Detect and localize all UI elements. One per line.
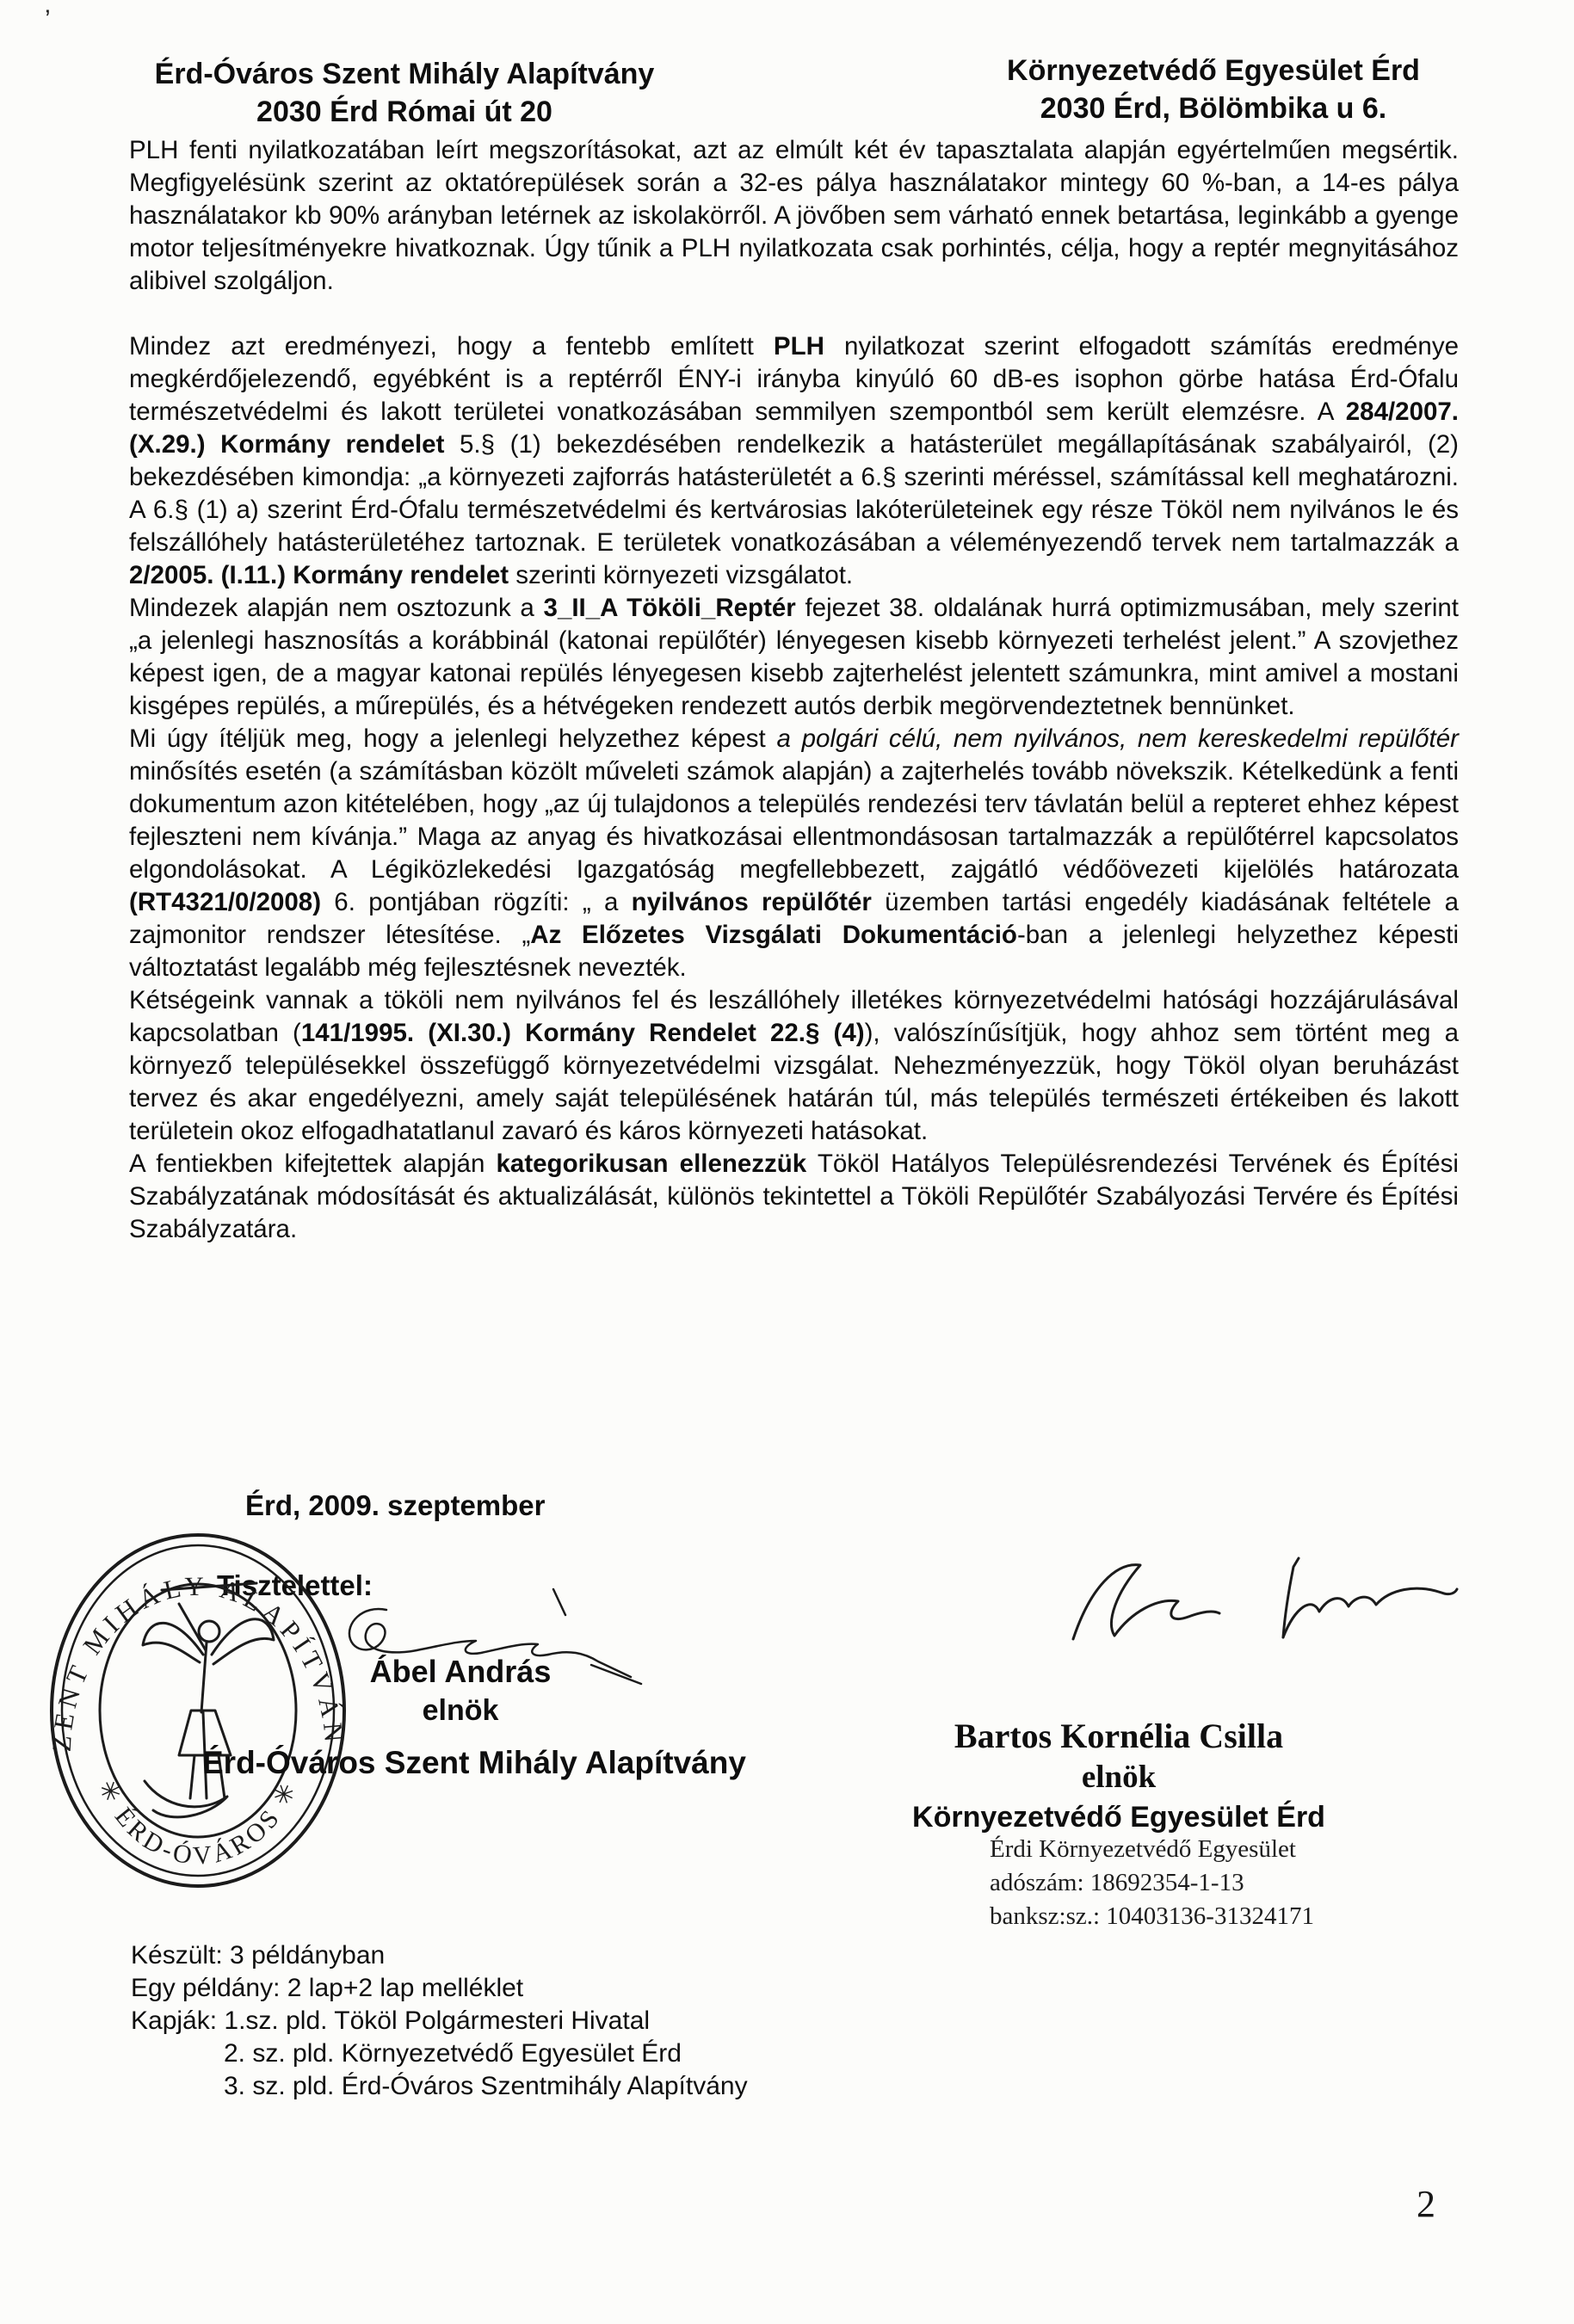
sender-right-address: 2030 Érd, Bölömbika u 6. xyxy=(955,89,1472,127)
svg-text:✳ ÉRD-ÓVÁROS ✳: ✳ ÉRD-ÓVÁROS ✳ xyxy=(92,1776,304,1871)
signatory-left-title: elnök xyxy=(202,1692,719,1729)
association-ink-stamp: Érdi Környezetvédő Egyesület adószám: 18… xyxy=(990,1833,1314,1933)
stamp-org-name: Érdi Környezetvédő Egyesület xyxy=(990,1833,1314,1866)
paragraph-6: A fentiekben kifejtettek alapján kategor… xyxy=(129,1148,1459,1246)
paragraph-5: Kétségeink vannak a tököli nem nyilvános… xyxy=(129,984,1459,1148)
paragraph-1: PLH fenti nyilatkozatában leírt megszorí… xyxy=(129,134,1459,298)
distribution-recipient-3: 3. sz. pld. Érd-Óváros Szentmihály Alapí… xyxy=(224,2070,748,2103)
scanned-letter-page: ’ Érd-Óváros Szent Mihály Alapítvány 203… xyxy=(0,0,1574,2324)
signatory-block-right: Bartos Kornélia Csilla elnök Környezetvé… xyxy=(873,1715,1364,1837)
paragraph-3: Mindezek alapján nem osztozunk a 3_II_A … xyxy=(129,592,1459,723)
sender-right-name: Környezetvédő Egyesület Érd xyxy=(955,52,1472,89)
sender-block-left: Érd-Óváros Szent Mihály Alapítvány 2030 … xyxy=(103,55,706,131)
scan-artifact-mark: ’ xyxy=(45,5,51,34)
stamp-tax-number: adószám: 18692354-1-13 xyxy=(990,1866,1314,1900)
distribution-contents: Egy példány: 2 lap+2 lap melléklet xyxy=(131,1972,748,2005)
paragraph-2: Mindez azt eredményezi, hogy a fentebb e… xyxy=(129,330,1459,592)
page-number: 2 xyxy=(1417,2182,1435,2226)
distribution-recipient-1: Kapják: 1.sz. pld. Tököl Polgármesteri H… xyxy=(131,2005,748,2037)
signatory-left-name: Ábel András xyxy=(202,1652,719,1692)
date-line: Érd, 2009. szeptember xyxy=(245,1489,546,1522)
paragraph-4: Mi úgy ítéljük meg, hogy a jelenlegi hel… xyxy=(129,723,1459,984)
distribution-copies: Készült: 3 példányban xyxy=(131,1939,748,1972)
signatory-block-left: Ábel András elnök Érd-Óváros Szent Mihál… xyxy=(202,1652,719,1783)
signature-right-handwriting xyxy=(1028,1543,1459,1676)
sender-left-address: 2030 Érd Római út 20 xyxy=(103,93,706,131)
signatory-right-org: Környezetvédő Egyesület Érd xyxy=(873,1797,1364,1837)
stamp-bank-account: banksz:sz.: 10403136-31324171 xyxy=(990,1900,1314,1933)
signatory-right-name: Bartos Kornélia Csilla xyxy=(873,1715,1364,1758)
sender-left-name: Érd-Óváros Szent Mihály Alapítvány xyxy=(103,55,706,93)
sender-block-right: Környezetvédő Egyesület Érd 2030 Érd, Bö… xyxy=(955,52,1472,127)
signatory-left-org: Érd-Óváros Szent Mihály Alapítvány xyxy=(202,1743,719,1783)
signatory-right-title: elnök xyxy=(873,1758,1364,1797)
seal-bottom-text: ✳ ÉRD-ÓVÁROS ✳ xyxy=(92,1776,304,1871)
distribution-recipient-2: 2. sz. pld. Környezetvédő Egyesület Érd xyxy=(224,2037,748,2070)
letter-body: PLH fenti nyilatkozatában leírt megszorí… xyxy=(129,134,1459,1246)
distribution-list: Készült: 3 példányban Egy példány: 2 lap… xyxy=(131,1939,748,2103)
